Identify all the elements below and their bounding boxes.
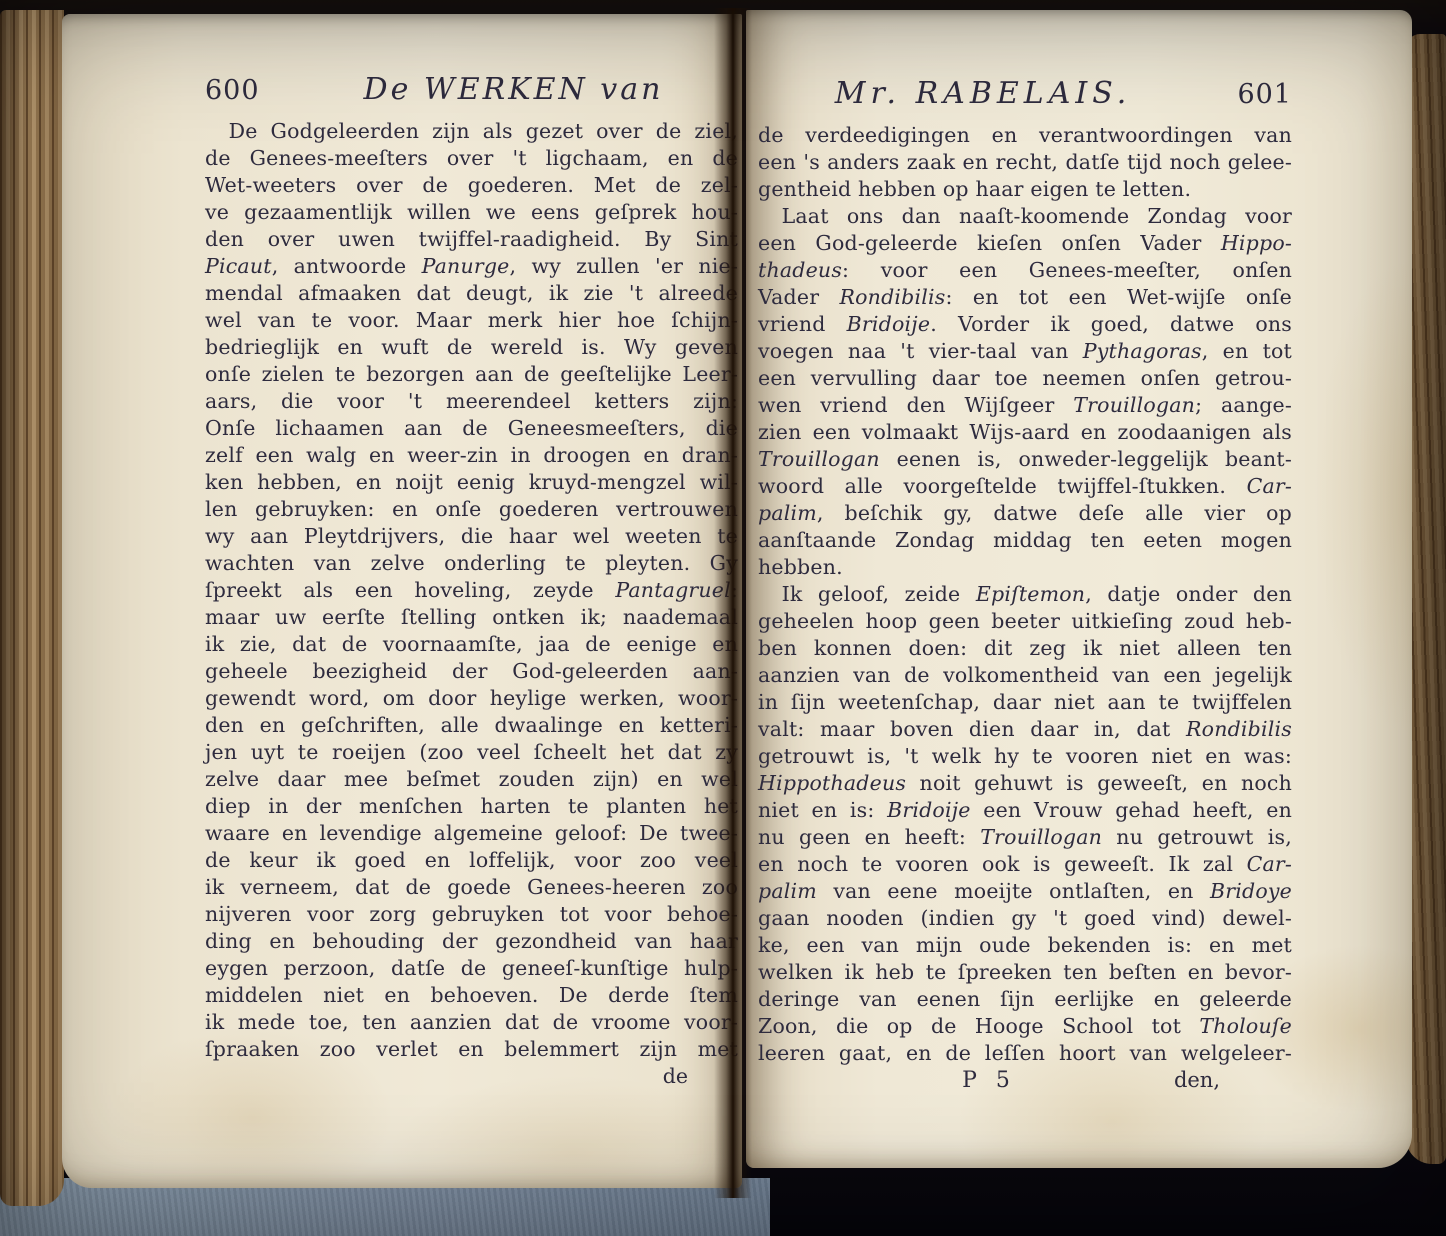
text-line: Vader Rondibilis: en tot een Wet-wijſe o…: [758, 284, 1292, 311]
text-line: leeren gaat, en de leſſen hoort van welg…: [758, 1040, 1292, 1067]
text-line: nijveren voor zorg gebruyken tot voor be…: [205, 901, 738, 928]
right-page-edges: [1406, 34, 1446, 1164]
text-line: woord alle voorgeſtelde twijffel-ſtukken…: [758, 473, 1292, 500]
text-line: waare en levendige algemeine geloof: De …: [205, 820, 738, 847]
text-line: palim van eene moeijte ontlaſten, en Bri…: [758, 878, 1292, 905]
text-line: getrouwt is, 't welk hy te vooren niet e…: [758, 743, 1292, 770]
text-line: welken ik heb te ſpreeken ten beſten en …: [758, 959, 1292, 986]
text-line: Laat ons dan naaſt-koomende Zondag voor: [758, 203, 1292, 230]
text-line: onſe zielen te bezorgen aan de geeſtelij…: [205, 361, 738, 388]
text-line: zelf een walg en weer-zin in droogen en …: [205, 442, 738, 469]
text-line: middelen niet en behoeven. De derde ſtem: [205, 982, 738, 1009]
text-line: zelve daar mee beſmet zouden zijn) en we…: [205, 766, 738, 793]
text-line: niet en is: Bridoije een Vrouw gehad hee…: [758, 797, 1292, 824]
text-line: ſpreekt als een hoveling, zeyde Pantagru…: [205, 577, 738, 604]
text-line: gentheid hebben op haar eigen te letten.: [758, 176, 1292, 203]
text-line: jen uyt te roeijen (zoo veel ſcheelt het…: [205, 739, 738, 766]
text-line: nu geen en heeft: Trouillogan nu getrouw…: [758, 824, 1292, 851]
left-page-content: 600 De WERKEN van De Godgeleerden zijn a…: [62, 14, 742, 1188]
text-line: wachten van zelve onderling te pleyten. …: [205, 550, 738, 577]
text-line: in ſijn weetenſchap, daar niet aan te tw…: [758, 689, 1292, 716]
text-line: den en geſchriften, alle dwaalinge en ke…: [205, 712, 738, 739]
text-line: palim, beſchik gy, datwe deſe alle vier …: [758, 500, 1292, 527]
text-line: thadeus: voor een Genees-meeſter, onſen: [758, 257, 1292, 284]
left-page-header: 600 De WERKEN van: [205, 72, 738, 106]
text-line: Zoon, die op de Hooge School tot Tholouſ…: [758, 1013, 1292, 1040]
text-line: deringe van eenen ſijn eerlijke en gelee…: [758, 986, 1292, 1013]
text-line: en noch te vooren ook is geweeſt. Ik zal…: [758, 851, 1292, 878]
text-line: ding en behouding der gezondheid van haa…: [205, 928, 738, 955]
running-title-left: De WERKEN van: [289, 72, 738, 107]
text-line: wy aan Pleytdrijvers, die haar wel weete…: [205, 523, 738, 550]
text-line: aars, die voor 't meerendeel ketters zij…: [205, 388, 738, 415]
text-line: maar uw eerſte ſtelling ontken ik; naade…: [205, 604, 738, 631]
text-line: de Genees-meeſters over 't ligchaam, en …: [205, 145, 738, 172]
text-line: Wet-weeters over de goederen. Met de zel…: [205, 172, 738, 199]
text-line: hebben.: [758, 554, 1292, 581]
text-line: ken hebben, en noijt eenig kruyd-mengzel…: [205, 469, 738, 496]
left-page-text: De Godgeleerden zijn als gezet over de z…: [205, 118, 738, 1063]
text-line: Ik geloof, zeide Epiſtemon, datje onder …: [758, 581, 1292, 608]
signature-mark: P 5: [962, 1067, 1016, 1094]
page-number-left: 600: [205, 75, 289, 106]
catchword-right: den,: [1016, 1067, 1292, 1094]
text-line: gaan nooden (indien gy 't goed vind) dew…: [758, 905, 1292, 932]
text-line: Picaut, antwoorde Panurge, wy zullen 'er…: [205, 253, 738, 280]
text-line: Onſe lichaamen aan de Geneesmeeſters, di…: [205, 415, 738, 442]
text-line: Hippothadeus noit gehuwt is geweeſt, en …: [758, 770, 1292, 797]
book-photo: 600 De WERKEN van De Godgeleerden zijn a…: [0, 0, 1446, 1236]
text-line: ik mede toe, ten aanzien dat de vroome v…: [205, 1009, 738, 1036]
text-line: den over uwen twijffel-raadigheid. By Si…: [205, 226, 738, 253]
text-line: bedrieglijk en wuft de wereld is. Wy gev…: [205, 334, 738, 361]
text-line: ke, een van mijn oude bekenden is: en me…: [758, 932, 1292, 959]
text-line: vriend Bridoije. Vorder ik goed, datwe o…: [758, 311, 1292, 338]
running-title-right: Mr. RABELAIS.: [758, 76, 1208, 111]
text-line: Trouillogan eenen is, onweder-leggelijk …: [758, 446, 1292, 473]
text-line: mendal afmaaken dat deugt, ik zie 't alr…: [205, 280, 738, 307]
right-page: Mr. RABELAIS. 601 de verdeedigingen en v…: [746, 10, 1412, 1168]
text-line: de keur ik goed en loffelijk, voor zoo v…: [205, 847, 738, 874]
left-catchword-line: de: [205, 1063, 738, 1090]
catchword-left: de: [663, 1064, 738, 1088]
right-page-content: Mr. RABELAIS. 601 de verdeedigingen en v…: [746, 10, 1412, 1168]
text-line: aanſtaande Zondag middag ten eeten mogen: [758, 527, 1292, 554]
right-page-footer: P 5 den,: [758, 1067, 1292, 1094]
text-line: zien een volmaakt Wijs-aard en zoodaanig…: [758, 419, 1292, 446]
text-line: diep in der menſchen harten te planten h…: [205, 793, 738, 820]
text-line: voegen naa 't vier-taal van Pythagoras, …: [758, 338, 1292, 365]
text-line: ſpraaken zoo verlet en belemmert zijn me…: [205, 1036, 738, 1063]
text-line: een 's anders zaak en recht, datſe tijd …: [758, 149, 1292, 176]
text-line: ik verneem, dat de goede Genees-heeren z…: [205, 874, 738, 901]
text-line: De Godgeleerden zijn als gezet over de z…: [205, 118, 738, 145]
text-line: gewendt word, om door heylige werken, wo…: [205, 685, 738, 712]
text-line: valt: maar boven dien daar in, dat Rondi…: [758, 716, 1292, 743]
text-line: een vervulling daar toe neemen onſen get…: [758, 365, 1292, 392]
text-line: eygen perzoon, datſe de geneeſ-kunſtige …: [205, 955, 738, 982]
left-page-edges: [0, 10, 64, 1206]
right-page-header: Mr. RABELAIS. 601: [758, 76, 1292, 110]
text-line: len gebruyken: en onſe goederen vertrouw…: [205, 496, 738, 523]
page-number-right: 601: [1208, 79, 1292, 110]
text-line: ik zie, dat de voornaamſte, jaa de eenig…: [205, 631, 738, 658]
right-page-text: de verdeedigingen en verantwoordingen va…: [758, 122, 1292, 1067]
text-line: wel van te voor. Maar merk hier hoe ſchi…: [205, 307, 738, 334]
left-page: 600 De WERKEN van De Godgeleerden zijn a…: [62, 14, 742, 1188]
text-line: wen vriend den Wijſgeer Trouillogan; aan…: [758, 392, 1292, 419]
text-line: een God-geleerde kieſen onſen Vader Hipp…: [758, 230, 1292, 257]
text-line: geheele beezigheid der God-geleerden aan…: [205, 658, 738, 685]
text-line: geheelen hoop geen beeter uitkieſing zou…: [758, 608, 1292, 635]
text-line: ve gezaamentlijk willen we eens geſprek …: [205, 199, 738, 226]
text-line: ben konnen doen: dit zeg ik niet alleen …: [758, 635, 1292, 662]
text-line: aanzien van de volkomentheid van een jeg…: [758, 662, 1292, 689]
text-line: de verdeedigingen en verantwoordingen va…: [758, 122, 1292, 149]
